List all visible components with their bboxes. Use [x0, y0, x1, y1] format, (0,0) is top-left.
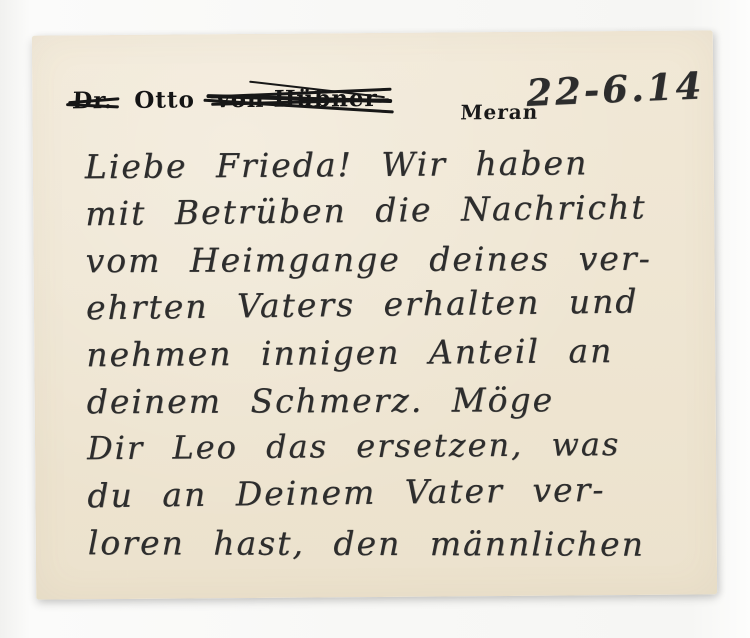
handwritten-line: Dir Leo das ersetzen, was [87, 420, 707, 472]
handwritten-line: loren hast, den männlichen [88, 519, 708, 568]
handwritten-line: mit Betrüben die Nachricht [85, 183, 706, 238]
handwritten-line: Liebe Frieda! Wir haben [85, 138, 705, 190]
handwritten-line: ehrten Vaters erhalten und [86, 277, 707, 332]
handwritten-line: du an Deinem Vater ver- [87, 465, 708, 520]
letterhead-suffix-struck: von Hübner [216, 85, 378, 113]
handwritten-line: vom Heimgange deines ver- [85, 235, 705, 285]
letterhead-name-text: Otto [134, 86, 195, 113]
handwritten-line: nehmen innigen Anteil an [86, 326, 706, 378]
handwritten-line: deinem Schmerz. Möge [87, 376, 707, 426]
letter-body: Liebe Frieda! Wir haben mit Betrüben die… [85, 138, 708, 566]
letterhead-name: Otto [134, 86, 195, 113]
letter-card: Dr. Otto von Hübner Meran 22-6.14 Liebe … [32, 30, 717, 599]
letterhead-title-text: Dr. [71, 87, 114, 114]
letterhead-suffix-text: von Hübner [216, 85, 378, 113]
letterhead-title-struck: Dr. [71, 87, 114, 114]
dateline-date: 22-6.14 [525, 63, 705, 115]
scan-background: Dr. Otto von Hübner Meran 22-6.14 Liebe … [0, 0, 750, 638]
letterhead: Dr. Otto von Hübner [72, 85, 377, 114]
